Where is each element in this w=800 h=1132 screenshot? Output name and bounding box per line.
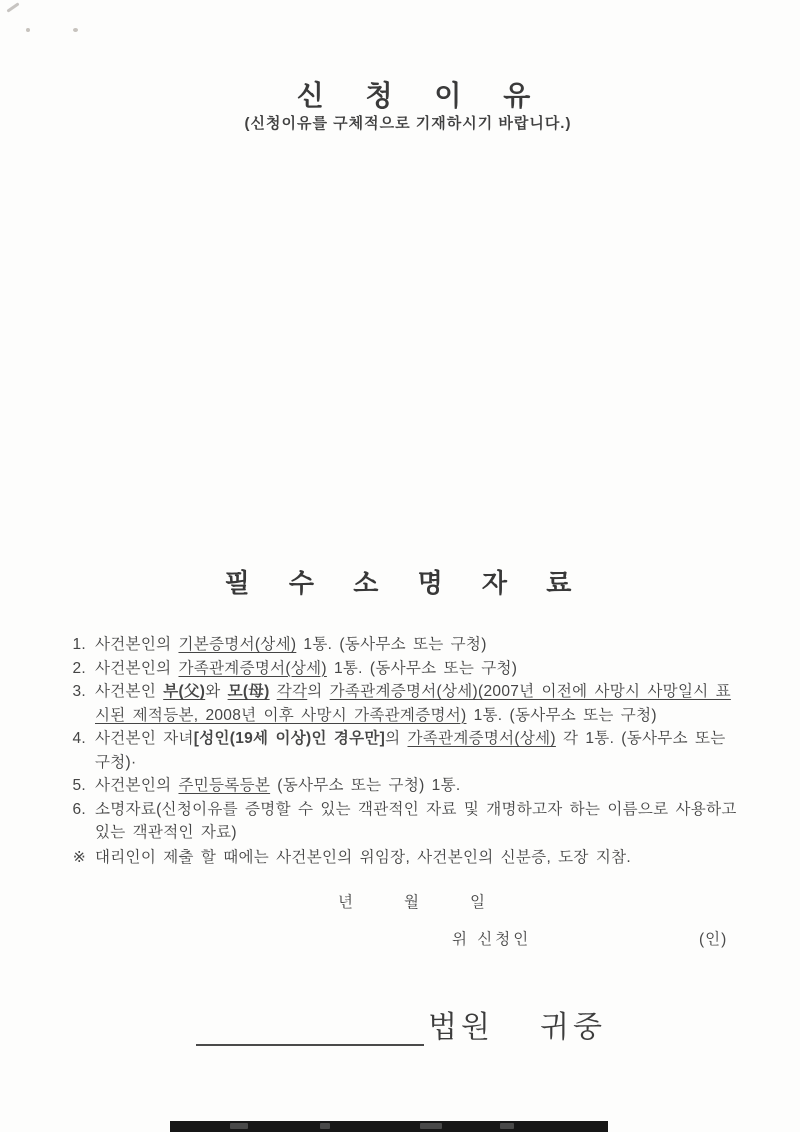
item-text: 사건본인의 가족관계증명서(상세) 1통. (동사무소 또는 구청) — [95, 657, 744, 681]
date-day-label: 일 — [470, 890, 486, 912]
applicant-signature-label: 위 신청인 — [452, 927, 531, 949]
court-honorific: 귀중 — [540, 1002, 606, 1046]
page-subtitle: (신청이유를 구체적으로 기재하시기 바랍니다.) — [8, 112, 800, 133]
item-text: 소명자료(신청이유를 증명할 수 있는 객관적인 자료 및 개명하고자 하는 이… — [95, 798, 744, 845]
item-number: 3. — [62, 680, 95, 704]
list-item: 1.사건본인의 기본증명서(상세) 1통. (동사무소 또는 구청) — [62, 633, 744, 657]
note-row: ※ 대리인이 제출 할 때에는 사건본인의 위임장, 사건본인의 신분증, 도장… — [62, 846, 744, 870]
court-name-blank-line — [196, 1010, 424, 1046]
list-item: 2.사건본인의 가족관계증명서(상세) 1통. (동사무소 또는 구청) — [62, 657, 744, 681]
scanned-form-page: 신 청 이 유 (신청이유를 구체적으로 기재하시기 바랍니다.) 필 수 소 … — [0, 0, 800, 1132]
list-item: 6.소명자료(신청이유를 증명할 수 있는 객관적인 자료 및 개명하고자 하는… — [62, 798, 744, 845]
note-marker: ※ — [62, 846, 95, 870]
item-number: 6. — [62, 798, 95, 822]
seal-placeholder: (인) — [699, 927, 727, 949]
page-title: 신 청 이 유 — [22, 74, 800, 114]
list-item: 4.사건본인 자녀[성인(19세 이상)인 경우만]의 가족관계증명서(상세) … — [62, 727, 744, 774]
scan-artifact-mark — [6, 2, 19, 12]
note-text: 대리인이 제출 할 때에는 사건본인의 위임장, 사건본인의 신분증, 도장 지… — [95, 846, 631, 870]
required-docs-list: 1.사건본인의 기본증명서(상세) 1통. (동사무소 또는 구청)2.사건본인… — [62, 633, 744, 869]
item-text: 사건본인의 기본증명서(상세) 1통. (동사무소 또는 구청) — [95, 633, 744, 657]
scan-artifact-band — [170, 1121, 608, 1132]
section-title-required-docs: 필 수 소 명 자 료 — [6, 563, 800, 600]
date-year-label: 년 — [338, 890, 354, 912]
date-month-label: 월 — [404, 890, 420, 912]
court-address-line: 법원 귀중 — [196, 1002, 606, 1046]
item-number: 1. — [62, 633, 95, 657]
item-text: 사건본인 자녀[성인(19세 이상)인 경우만]의 가족관계증명서(상세) 각 … — [95, 727, 744, 774]
list-item: 3.사건본인 부(父)와 모(母) 각각의 가족관계증명서(상세)(2007년 … — [62, 680, 744, 727]
scan-artifact-dot — [73, 28, 78, 32]
item-text: 사건본인 부(父)와 모(母) 각각의 가족관계증명서(상세)(2007년 이전… — [95, 680, 744, 727]
item-number: 2. — [62, 657, 95, 681]
date-line: 년 월 일 — [338, 890, 486, 912]
item-text: 사건본인의 주민등록등본 (동사무소 또는 구청) 1통. — [95, 774, 744, 798]
item-number: 5. — [62, 774, 95, 798]
court-label: 법원 — [428, 1002, 494, 1046]
scan-artifact-dot — [26, 28, 30, 32]
list-item: 5.사건본인의 주민등록등본 (동사무소 또는 구청) 1통. — [62, 774, 744, 798]
item-number: 4. — [62, 727, 95, 751]
